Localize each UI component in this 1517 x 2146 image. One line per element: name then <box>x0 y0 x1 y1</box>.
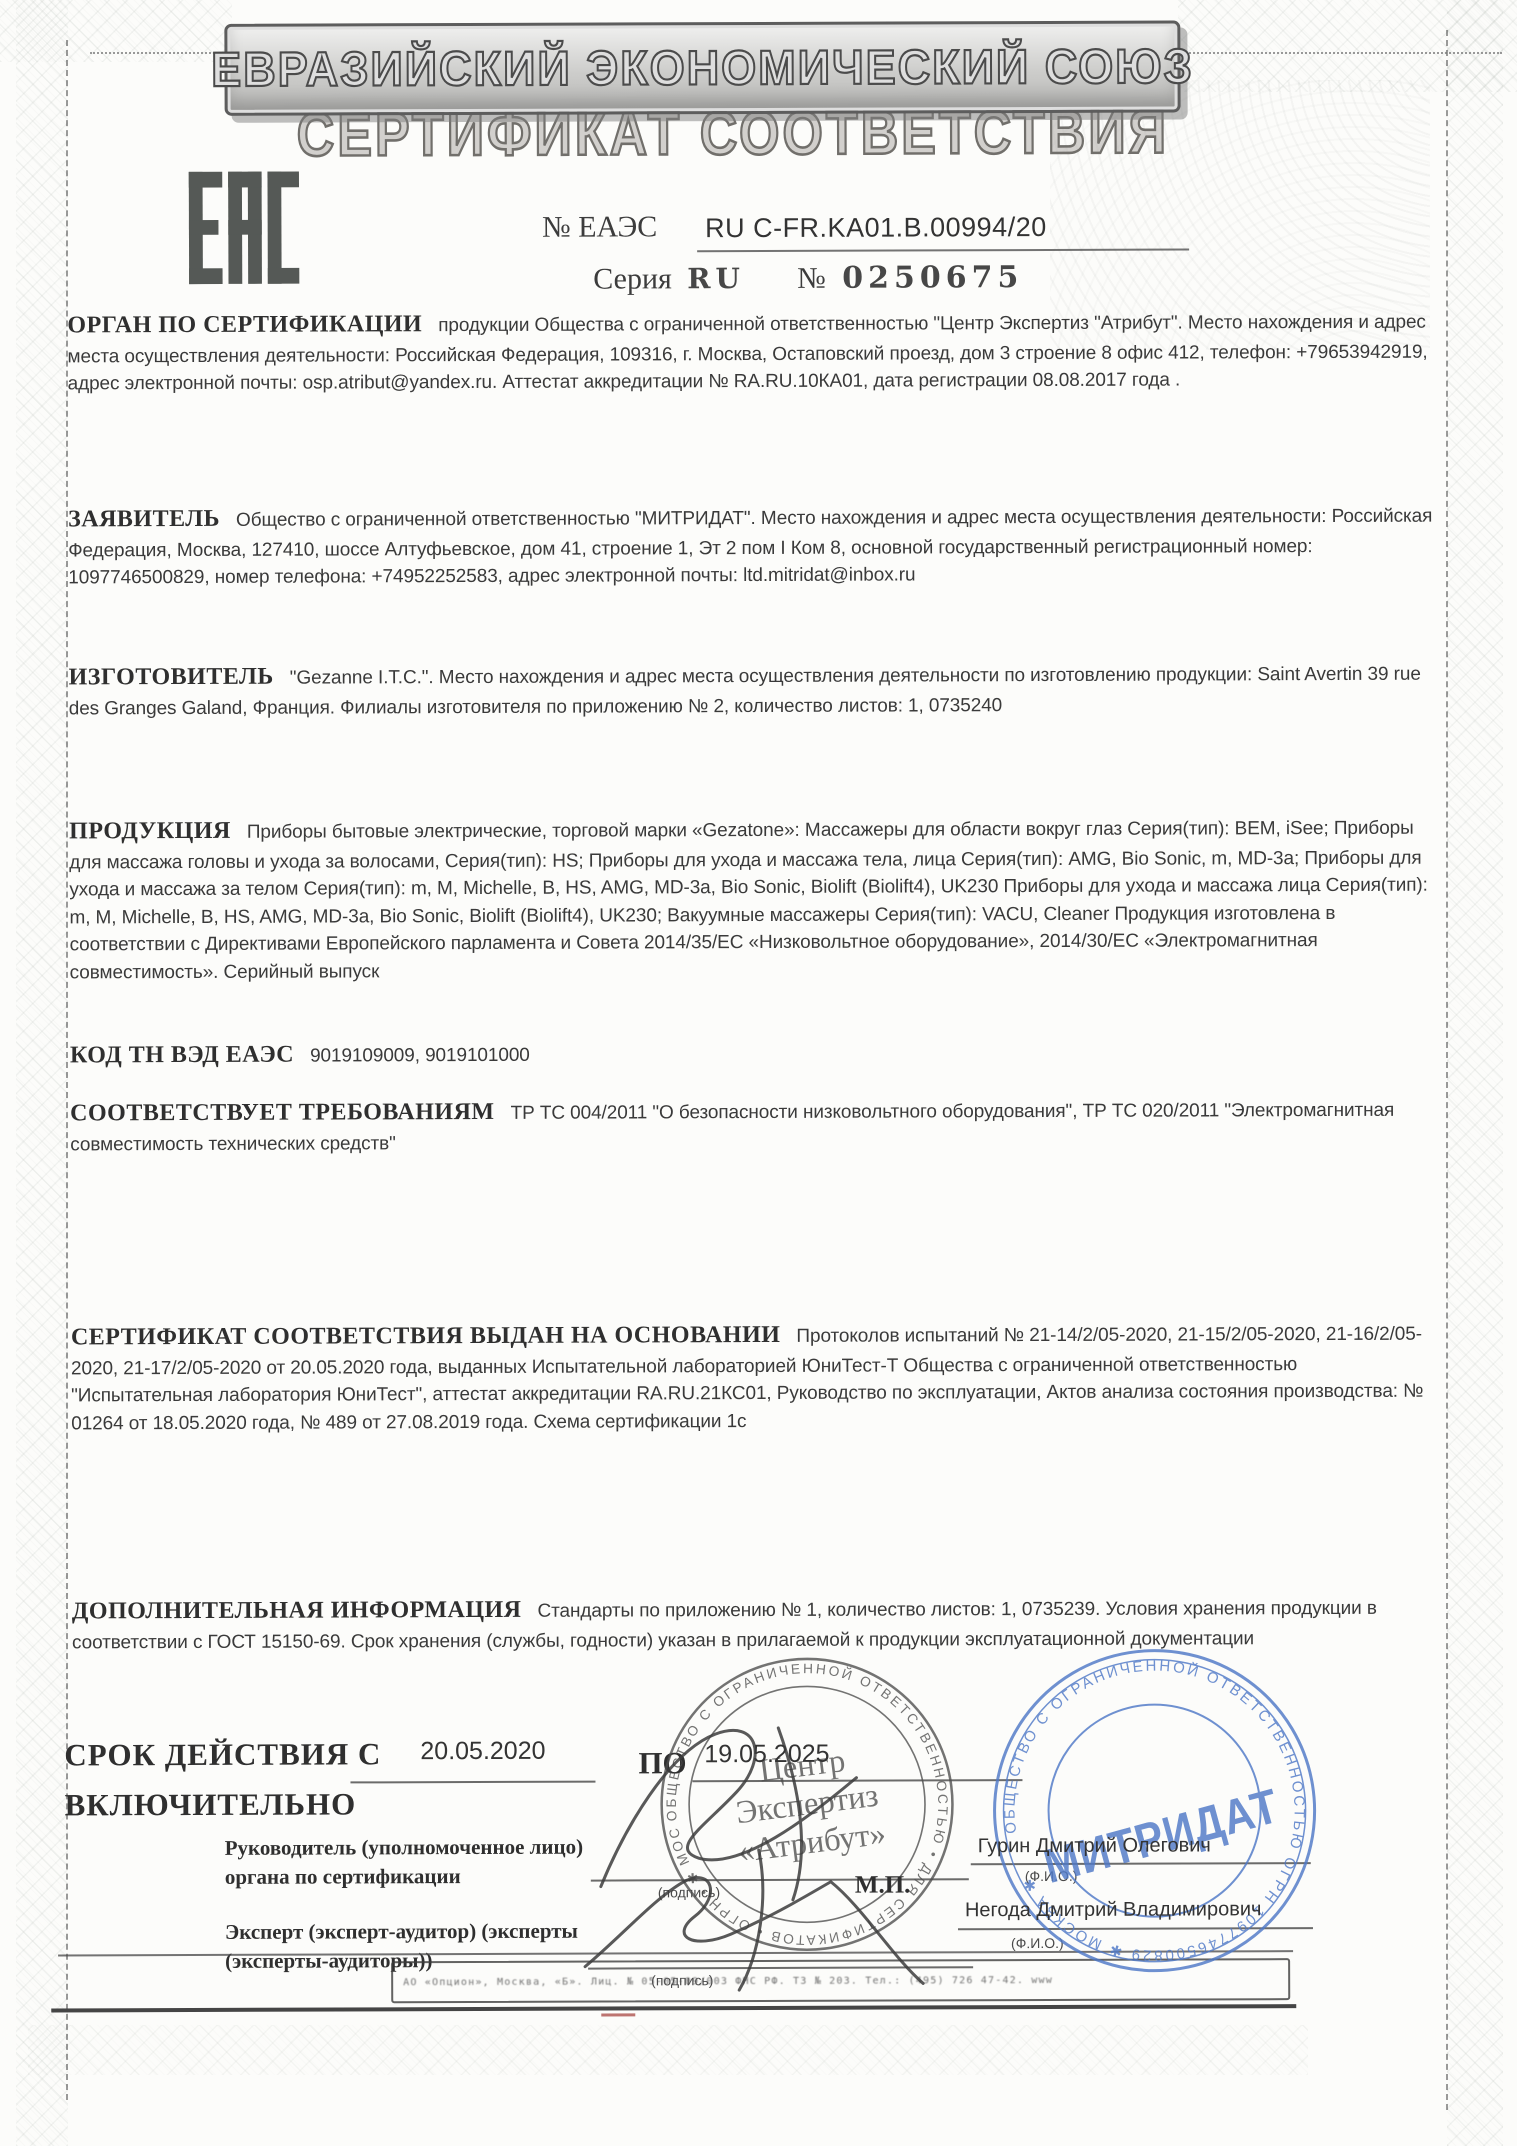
section-issued-basis: СЕРТИФИКАТ СООТВЕТСТВИЯ ВЫДАН НА ОСНОВАН… <box>71 1316 1436 1438</box>
validity-inclusive-label: ВКЛЮЧИТЕЛЬНО <box>64 1786 356 1823</box>
section-products-text: Приборы бытовые электрические, торговой … <box>69 818 1428 984</box>
number-underline <box>697 248 1189 252</box>
section-applicant-text: Общество с ограниченной ответственностью… <box>68 506 1432 589</box>
section-tnved-code-text: 9019109009, 9019101000 <box>310 1045 530 1067</box>
serial-label: № <box>797 262 826 296</box>
footer-heavy-rule <box>51 2004 1296 2012</box>
section-requirements-heading: СООТВЕТСТВУЕТ ТРЕБОВАНИЯМ <box>70 1099 495 1126</box>
section-manufacturer: ИЗГОТОВИТЕЛЬ"Gezanne I.T.C.". Место нахо… <box>69 656 1434 723</box>
section-tnved-code-heading: КОД ТН ВЭД ЕАЭС <box>70 1042 294 1069</box>
section-applicant: ЗАЯВИТЕЛЬОбщество с ограниченной ответст… <box>68 498 1433 593</box>
validity-from-date: 20.05.2020 <box>420 1737 545 1766</box>
section-products-heading: ПРОДУКЦИЯ <box>69 818 231 845</box>
section-certification-body: ОРГАН ПО СЕРТИФИКАЦИИпродукции Общества … <box>67 304 1432 399</box>
union-banner-text: ЕВРАЗИЙСКИЙ ЭКОНОМИЧЕСКИЙ СОЮЗ <box>211 38 1194 98</box>
section-manufacturer-heading: ИЗГОТОВИТЕЛЬ <box>69 664 274 691</box>
serial-value: 0250675 <box>842 260 1023 296</box>
series-value: RU <box>687 262 745 295</box>
expert-name: Негода Дмитрий Владимирович <box>965 1898 1262 1922</box>
number-value: RU C-FR.KA01.B.00994/20 <box>705 212 1047 244</box>
head-name: Гурин Дмитрий Олегович <box>978 1834 1211 1858</box>
applicant-round-stamp: ОБЩЕСТВО С ОГРАНИЧЕННОЙ ОТВЕТСТВЕННОСТЬЮ… <box>960 1616 1350 2006</box>
series-label: Серия <box>593 262 672 296</box>
section-issued-basis-heading: СЕРТИФИКАТ СООТВЕТСТВИЯ ВЫДАН НА ОСНОВАН… <box>71 1322 781 1350</box>
expert-signature-scribble <box>563 1837 994 2004</box>
section-products: ПРОДУКЦИЯПриборы бытовые электрические, … <box>69 810 1435 987</box>
section-certification-body-heading: ОРГАН ПО СЕРТИФИКАЦИИ <box>67 311 422 338</box>
union-banner: ЕВРАЗИЙСКИЙ ЭКОНОМИЧЕСКИЙ СОЮЗ <box>224 21 1180 116</box>
number-label: № ЕАЭС <box>542 210 657 244</box>
section-applicant-heading: ЗАЯВИТЕЛЬ <box>68 506 220 533</box>
section-tnved-code: КОД ТН ВЭД ЕАЭС9019109009, 9019101000 <box>70 1034 1435 1074</box>
footer-red-mark <box>601 2013 635 2016</box>
section-additional-info-heading: ДОПОЛНИТЕЛЬНАЯ ИНФОРМАЦИЯ <box>72 1597 522 1625</box>
eac-logo-icon <box>183 160 305 296</box>
validity-from-label: СРОК ДЕЙСТВИЯ С <box>64 1736 381 1773</box>
validity-from-underline <box>350 1781 595 1784</box>
certificate-page: ЕВРАЗИЙСКИЙ ЭКОНОМИЧЕСКИЙ СОЮЗ СЕРТИФИКА… <box>0 0 1517 2146</box>
section-requirements: СООТВЕТСТВУЕТ ТРЕБОВАНИЯМТР ТС 004/2011 … <box>70 1092 1435 1159</box>
